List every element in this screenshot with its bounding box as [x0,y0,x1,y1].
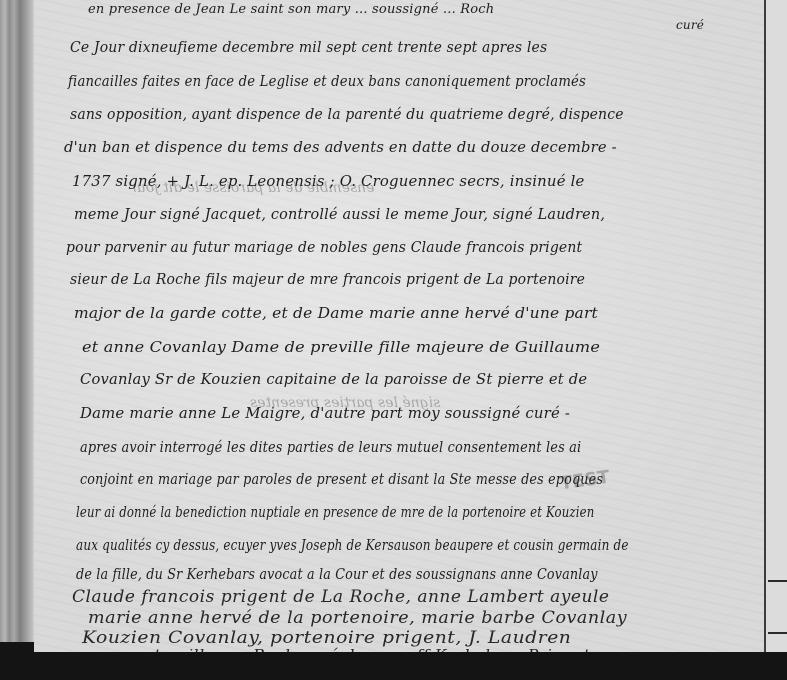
signature-line: Claude francois prigent de La Roche, ann… [72,587,609,607]
register-line: meme Jour signé Jacquet, controllé aussi… [74,205,605,223]
register-line: sieur de La Roche fils majeur de mre fra… [70,270,585,288]
register-line: et anne Covanlay Dame de preville fille … [82,338,600,356]
header-top-line: en presence de Jean Le saint son mary ..… [88,2,494,17]
book-binding-gutter [0,0,34,664]
register-line: Dame marie anne Le Maigre, d'autre part … [80,404,570,422]
register-line: Ce Jour dixneufieme decembre mil sept ce… [70,38,547,56]
margin-note-cure: curé [676,18,704,32]
register-line: aux qualités cy dessus, ecuyer yves Jose… [76,536,629,554]
signature-line: marie anne hervé de la portenoire, marie… [88,608,627,628]
register-line: fiancailles faites en face de Leglise et… [68,72,586,90]
margin-tick-mark [768,580,787,582]
register-line: 1737 signé, + J. L. ep. Leonensis ; O. C… [72,172,585,190]
register-line: conjoint en mariage par paroles de prese… [80,470,603,488]
register-line: de la fille, du Sr Kerhebars avocat a la… [76,565,598,583]
adjacent-page-edge [766,0,787,664]
margin-tick-mark [768,632,787,634]
register-line: major de la garde cotte, et de Dame mari… [74,304,598,322]
register-line: pour parvenir au futur mariage de nobles… [66,238,582,256]
scan-bottom-shadow [0,652,787,680]
register-line: apres avoir interrogé les dites parties … [80,438,581,456]
register-line: sans opposition, ayant dispence de la pa… [70,105,624,123]
register-line: Covanlay Sr de Kouzien capitaine de la p… [80,370,587,388]
scanned-register-page: ensemble de la paroisse le dit jour sign… [0,0,787,664]
register-line: leur ai donné la benediction nuptiale en… [76,503,594,521]
register-line: d'un ban et dispence du tems des advents… [64,138,617,156]
signature-line: Kouzien Covanlay, portenoire prigent, J.… [82,628,571,648]
